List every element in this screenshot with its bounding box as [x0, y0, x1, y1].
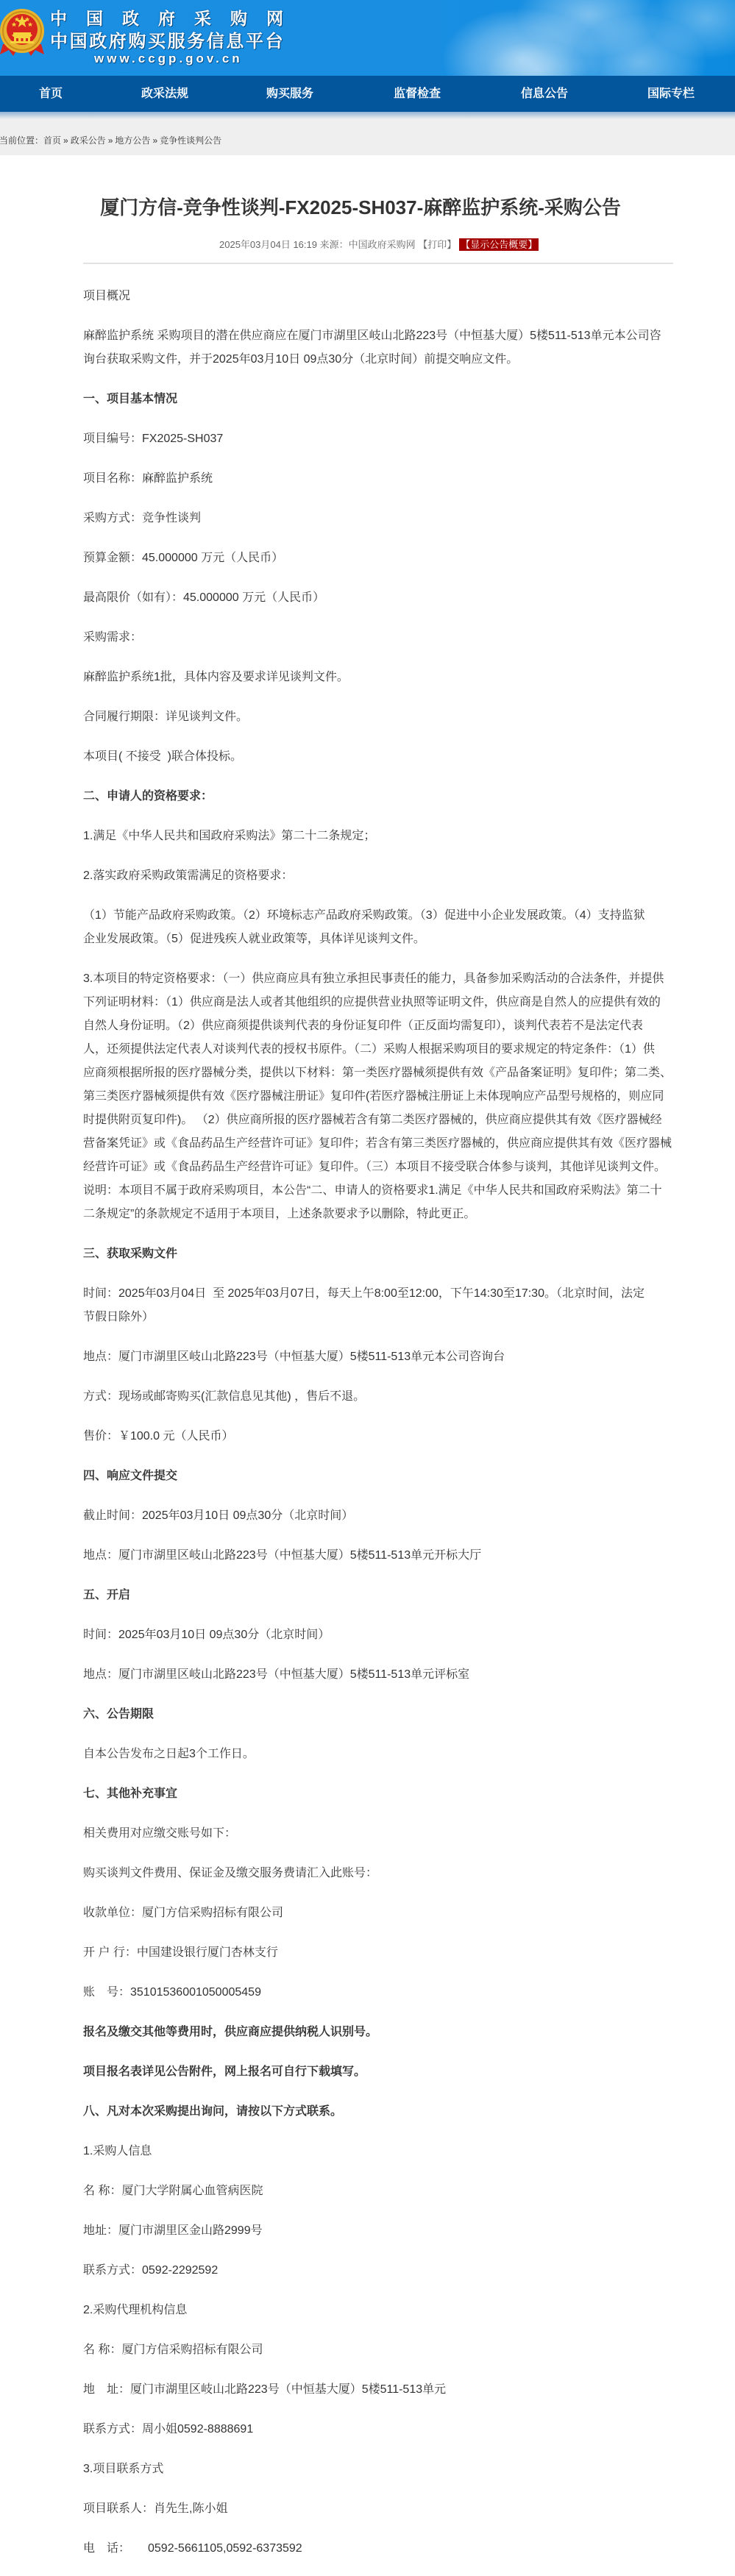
- section-heading: 二、申请人的资格要求：: [83, 785, 673, 808]
- source-label: 来源：: [317, 239, 349, 250]
- nav-item-international[interactable]: 国际专栏: [647, 76, 695, 112]
- body-paragraph: 购买谈判文件费用、保证金及缴交服务费请汇入此账号：: [83, 1862, 673, 1885]
- body-paragraph: 2.落实政府采购政策需满足的资格要求：: [83, 864, 673, 888]
- contract-period: 合同履行期限：详见谈判文件。: [83, 705, 673, 729]
- breadcrumb-separator: »: [63, 135, 68, 146]
- section-heading: 八、凡对本次采购提出询问，请按以下方式联系。: [83, 2100, 673, 2124]
- project-contacts: 项目联系人：肖先生,陈小姐: [83, 2497, 673, 2521]
- cloud-decoration: [515, 0, 662, 59]
- body-paragraph: 采购需求：: [83, 626, 673, 650]
- article-meta: 2025年03月04日 16:19 来源：中国政府采购网 【打印】【显示公告概要…: [219, 238, 539, 251]
- nav-item-announcements[interactable]: 信息公告: [521, 76, 568, 112]
- purchaser-contact: 联系方式：0592-2292592: [83, 2259, 673, 2283]
- project-phone: 电 话： 0592-5661105,0592-6373592: [83, 2537, 673, 2561]
- text-line: 询台获取采购文件，并于2025年03月10日 09点30分（北京时间）前提交响应…: [83, 348, 673, 371]
- submission-location: 地点：厦门市湖里区岐山北路223号（中恒基大厦）5楼511-513单元开标大厅: [83, 1544, 673, 1568]
- text-line: 时间：2025年03月04日 至 2025年03月07日，每天上午8:00至12…: [83, 1282, 673, 1306]
- opening-location: 地点：厦门市湖里区岐山北路223号（中恒基大厦）5楼511-513单元评标室: [83, 1663, 673, 1687]
- text-line: 二条规定”的条款规定不适用于本项目，上述条款要求予以删除，特此更正。: [83, 1203, 673, 1226]
- text-line: 应商须根据所报的医疗器械分类，提供以下材料：第一类医疗器械须提供有效《产品备案证…: [83, 1061, 673, 1085]
- text-line: （1）节能产品政府采购政策。（2）环境标志产品政府采购政策。（3）促进中小企业发…: [83, 904, 673, 928]
- site-title: 中国政府采购网: [50, 9, 302, 28]
- section-heading: 三、获取采购文件: [83, 1242, 673, 1266]
- opening-time: 时间：2025年03月10日 09点30分（北京时间）: [83, 1623, 673, 1647]
- breadcrumb-link-negotiation[interactable]: 竞争性谈判公告: [160, 135, 221, 146]
- max-price: 最高限价（如有）：45.000000 万元（人民币）: [83, 586, 673, 610]
- national-emblem-icon: [0, 6, 46, 59]
- body-paragraph: 1.满足《中华人民共和国政府采购法》第二十二条规定；: [83, 825, 673, 848]
- bold-note: 报名及缴交其他等费用时，供应商应提供纳税人识别号。: [83, 2021, 673, 2044]
- submission-deadline: 截止时间：2025年03月10日 09点30分（北京时间）: [83, 1504, 673, 1528]
- text-line: 时提供附页复印件)。 （2）供应商所报的医疗器械若含有第二类医疗器械的，供应商应…: [83, 1109, 673, 1132]
- nav-item-supervision[interactable]: 监督检查: [394, 76, 441, 112]
- main-nav: 首页 政采法规 购买服务 监督检查 信息公告 国际专栏: [0, 76, 735, 112]
- section-heading: 六、公告期限: [83, 1703, 673, 1726]
- text-line: 人，还须提供法定代表人对谈判代表的授权书原件。（二）采购人根据采购项目的要求规定…: [83, 1038, 673, 1061]
- account-number: 账 号：35101536001050005459: [83, 1981, 673, 2004]
- breadcrumb-separator: »: [108, 135, 113, 146]
- body-paragraph: 3.项目联系方式: [83, 2458, 673, 2481]
- site-subtitle: 中国政府购买服务信息平台: [50, 32, 285, 51]
- nav-item-purchase-services[interactable]: 购买服务: [266, 76, 313, 112]
- announcement-period: 自本公告发布之日起3个工作日。: [83, 1743, 673, 1766]
- text-line: 经营许可证》或《食品药品生产经营许可证》复印件。（三）本项目不接受联合体参与谈判…: [83, 1156, 673, 1179]
- text-line: 营备案凭证》或《食品药品生产经营许可证》复印件；若含有第三类医疗器械的，供应商应…: [83, 1132, 673, 1156]
- project-name: 项目名称：麻醉监护系统: [83, 467, 673, 491]
- body-paragraph: 麻醉监护系统1批，具体内容及要求详见谈判文件。: [83, 666, 673, 689]
- nav-shadow: [0, 112, 735, 119]
- text-line: 自然人身份证明。（2）供应商须提供谈判代表的身份证复印件（正反面均需复印），谈判…: [83, 1014, 673, 1038]
- breadcrumb-link-home[interactable]: 首页: [43, 135, 61, 146]
- text-line: 麻醉监护系统 采购项目的潜在供应商应在厦门市湖里区岐山北路223号（中恒基大厦）…: [83, 324, 673, 348]
- text-line: 企业发展政策。（5）促进残疾人就业政策等，具体详见谈判文件。: [83, 928, 673, 951]
- document-price: 售价：￥100.0 元（人民币）: [83, 1425, 673, 1448]
- text-line: 第三类医疗器械须提供有效《医疗器械注册证》复印件(若医疗器械注册证上未体现响应产…: [83, 1085, 673, 1109]
- body-paragraph: 项目概况: [83, 285, 673, 308]
- text-line: 3.本项目的特定资格要求：（一）供应商应具有独立承担民事责任的能力，具备参加采购…: [83, 967, 673, 991]
- procurement-method: 采购方式：竞争性谈判: [83, 507, 673, 530]
- text-line: 说明：本项目不属于政府采购项目，本公告“二、申请人的资格要求1.满足《中华人民共…: [83, 1179, 673, 1203]
- section-heading: 五、开启: [83, 1584, 673, 1607]
- consortium-note: 本项目( 不接受 )联合体投标。: [83, 745, 673, 769]
- breadcrumb-link-announcements[interactable]: 政采公告: [71, 135, 106, 146]
- article-title: 厦门方信-竞争性谈判-FX2025-SH037-麻醉监护系统-采购公告: [0, 194, 721, 221]
- document-location: 地点：厦门市湖里区岐山北路223号（中恒基大厦）5楼511-513单元本公司咨询…: [83, 1345, 673, 1369]
- text-line: 下列证明材料：（1）供应商是法人或者其他组织的应提供营业执照等证明文件，供应商是…: [83, 991, 673, 1014]
- cloud-decoration: [441, 7, 603, 76]
- budget-amount: 预算金额：45.000000 万元（人民币）: [83, 547, 673, 570]
- purchaser-address: 地址：厦门市湖里区金山路2999号: [83, 2219, 673, 2243]
- body-paragraph: 相关费用对应缴交账号如下：: [83, 1822, 673, 1846]
- specific-qualifications: 3.本项目的特定资格要求：（一）供应商应具有独立承担民事责任的能力，具备参加采购…: [83, 967, 673, 1226]
- agency-address: 地 址：厦门市湖里区岐山北路223号（中恒基大厦）5楼511-513单元: [83, 2378, 673, 2402]
- document-method: 方式：现场或邮寄购买(汇款信息见其他) ，售后不退。: [83, 1385, 673, 1409]
- site-header-banner: 中国政府采购网 中国政府购买服务信息平台 www.ccgp.gov.cn: [0, 0, 735, 76]
- section-heading: 七、其他补充事宜: [83, 1782, 673, 1806]
- body-paragraph: 1.采购人信息: [83, 2140, 673, 2163]
- bold-note: 项目报名表详见公告附件，网上报名可自行下载填写。: [83, 2060, 673, 2084]
- agency-name: 名 称：厦门方信采购招标有限公司: [83, 2338, 673, 2362]
- body-paragraph: （1）节能产品政府采购政策。（2）环境标志产品政府采购政策。（3）促进中小企业发…: [83, 904, 673, 951]
- body-paragraph: 2.采购代理机构信息: [83, 2299, 673, 2322]
- document-time: 时间：2025年03月04日 至 2025年03月07日，每天上午8:00至12…: [83, 1282, 673, 1329]
- show-summary-button[interactable]: 【显示公告概要】: [459, 238, 539, 251]
- cloud-decoration: [647, 0, 735, 59]
- print-link[interactable]: 【打印】: [416, 239, 457, 250]
- nav-item-regulations[interactable]: 政采法规: [141, 76, 188, 112]
- source-name: 中国政府采购网: [349, 239, 416, 250]
- payee: 收款单位：厦门方信采购招标有限公司: [83, 1901, 673, 1925]
- section-heading: 一、项目基本情况: [83, 388, 673, 411]
- breadcrumb-prefix: 当前位置：: [0, 135, 43, 146]
- bank: 开 户 行：中国建设银行厦门杏林支行: [83, 1941, 673, 1965]
- site-url: www.ccgp.gov.cn: [94, 52, 243, 65]
- breadcrumb-separator: »: [152, 135, 157, 146]
- cloud-decoration: [574, 15, 706, 76]
- project-number: 项目编号：FX2025-SH037: [83, 427, 673, 451]
- text-line: 节假日除外）: [83, 1306, 673, 1329]
- title-divider: [83, 263, 673, 264]
- article-body: 项目概况 麻醉监护系统 采购项目的潜在供应商应在厦门市湖里区岐山北路223号（中…: [83, 285, 673, 2576]
- section-heading: 四、响应文件提交: [83, 1465, 673, 1488]
- publish-datetime: 2025年03月04日 16:19: [219, 239, 317, 250]
- agency-contact: 联系方式：周小姐0592-8888691: [83, 2418, 673, 2441]
- body-paragraph: 麻醉监护系统 采购项目的潜在供应商应在厦门市湖里区岐山北路223号（中恒基大厦）…: [83, 324, 673, 371]
- breadcrumb: 当前位置：首页»政采公告»地方公告»竞争性谈判公告: [0, 135, 221, 146]
- breadcrumb-link-local[interactable]: 地方公告: [115, 135, 150, 146]
- purchaser-name: 名 称：厦门大学附属心血管病医院: [83, 2180, 673, 2203]
- cloud-decoration: [486, 40, 589, 76]
- nav-item-home[interactable]: 首页: [39, 76, 63, 112]
